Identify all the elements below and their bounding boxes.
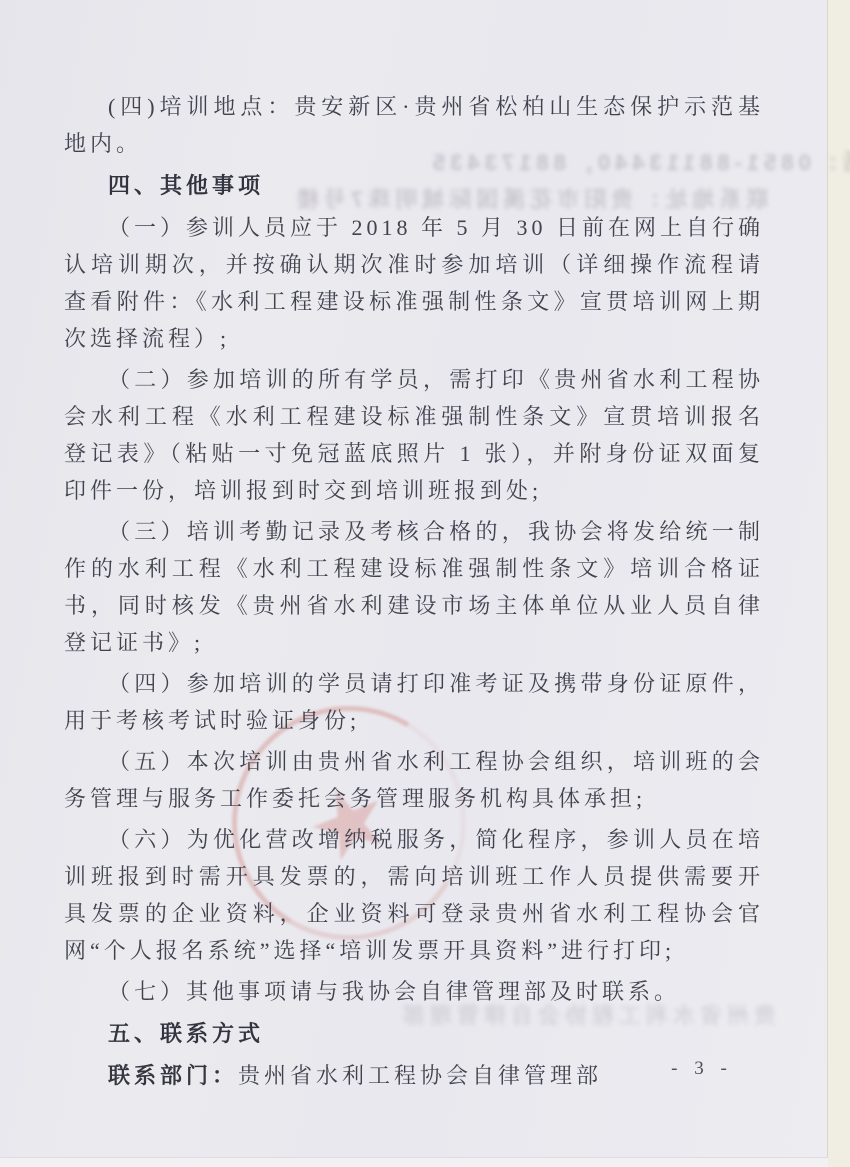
other-item-6: （六）为优化营改增纳税服务，简化程序，参训人员在培训班报到时需开具发票的，需向培… [64,821,764,969]
contact-department-value: 贵州省水利工程协会自律管理部 [238,1063,602,1088]
page-number: - 3 - [652,1058,752,1080]
section-heading-contact: 五、联系方式 [64,1015,764,1052]
section-heading-other-matters: 四、其他事项 [64,167,764,204]
scan-bottom-edge [0,1157,828,1167]
other-item-2: （二）参加培训的所有学员，需打印《贵州省水利工程协会水利工程《水利工程建设标准强… [64,361,764,509]
contact-department-label: 联系部门： [108,1063,238,1088]
other-item-7: （七）其他事项请与我协会自律管理部及时联系。 [64,973,764,1010]
document-body: (四)培训地点：贵安新区·贵州省松柏山生态保护示范基地内。 四、其他事项 （一）… [64,88,764,1094]
other-item-1: （一）参训人员应于 2018 年 5 月 30 日前在网上自行确认培训期次，并按… [64,209,764,357]
other-item-5: （五）本次培训由贵州省水利工程协会组织，培训班的会务管理与服务工作委托会务管理服… [64,743,764,817]
other-item-4: （四）参加培训的学员请打印准考证及携带身份证原件，用于考核考试时验证身份; [64,665,764,739]
other-item-3: （三）培训考勤记录及考核合格的，我协会将发给统一制作的水利工程《水利工程建设标准… [64,513,764,661]
paragraph-training-location: (四)培训地点：贵安新区·贵州省松柏山生态保护示范基地内。 [64,88,764,162]
